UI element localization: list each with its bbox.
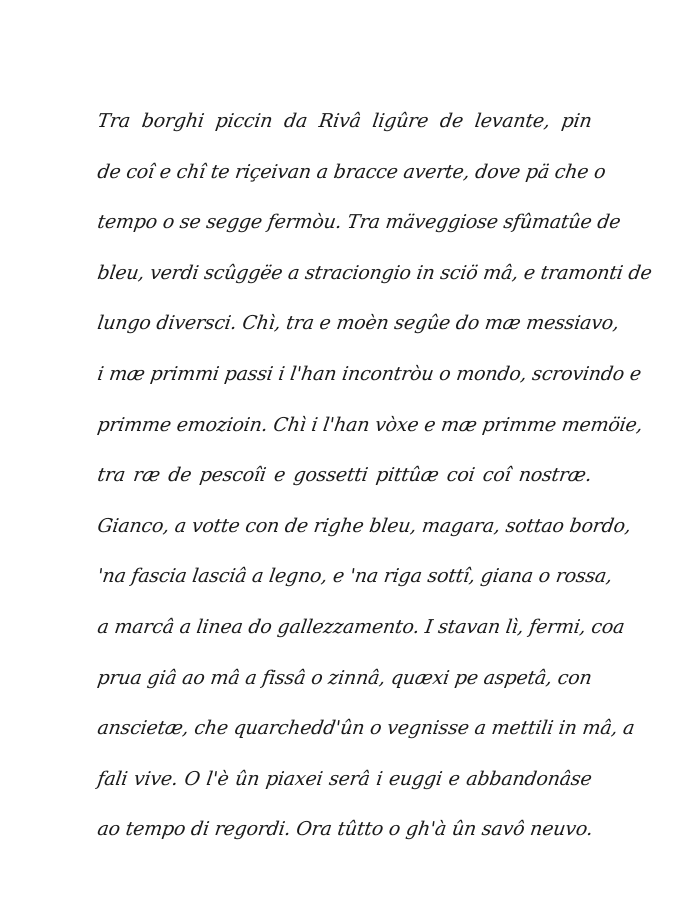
text-line: bleu, verdi scûggëe a straciongio in sci… xyxy=(94,248,595,299)
text-line: de coî e chî te riçeivan a bracce averte… xyxy=(94,147,595,198)
text-line: fali vive. O l'è ûn piaxei serâ i euggi … xyxy=(94,754,595,805)
text-line: lungo diversci. Chì, tra e moèn segûe do… xyxy=(94,298,595,349)
text-line: ao tempo di regordi. Ora tûtto o gh'à ûn… xyxy=(94,804,595,855)
text-line: tra ræ de pescoîi e gossetti pittûæ coi … xyxy=(94,450,595,501)
text-line: Gianco, a votte con de righe bleu, magar… xyxy=(94,501,595,552)
text-line: primme emozioin. Chì i l'han vòxe e mæ p… xyxy=(94,400,595,451)
text-line: 'na fascia lasciâ a legno, e 'na riga so… xyxy=(94,551,595,602)
document-page: Tra borghi piccin da Rivâ ligûre de leva… xyxy=(0,0,678,904)
text-line: Tra borghi piccin da Rivâ ligûre de leva… xyxy=(94,96,595,147)
text-line: tempo o se segge fermòu. Tra mäveggiose … xyxy=(94,197,595,248)
text-line: a marcâ a linea do gallezzamento. I stav… xyxy=(94,602,595,653)
text-line: prua giâ ao mâ a fissâ o zinnâ, quæxi pe… xyxy=(94,653,595,704)
handwritten-paragraph: Tra borghi piccin da Rivâ ligûre de leva… xyxy=(94,96,588,855)
text-line: anscietæ, che quarchedd'ûn o vegnisse a … xyxy=(94,703,595,754)
text-line: i mæ primmi passi i l'han incontròu o mo… xyxy=(94,349,595,400)
